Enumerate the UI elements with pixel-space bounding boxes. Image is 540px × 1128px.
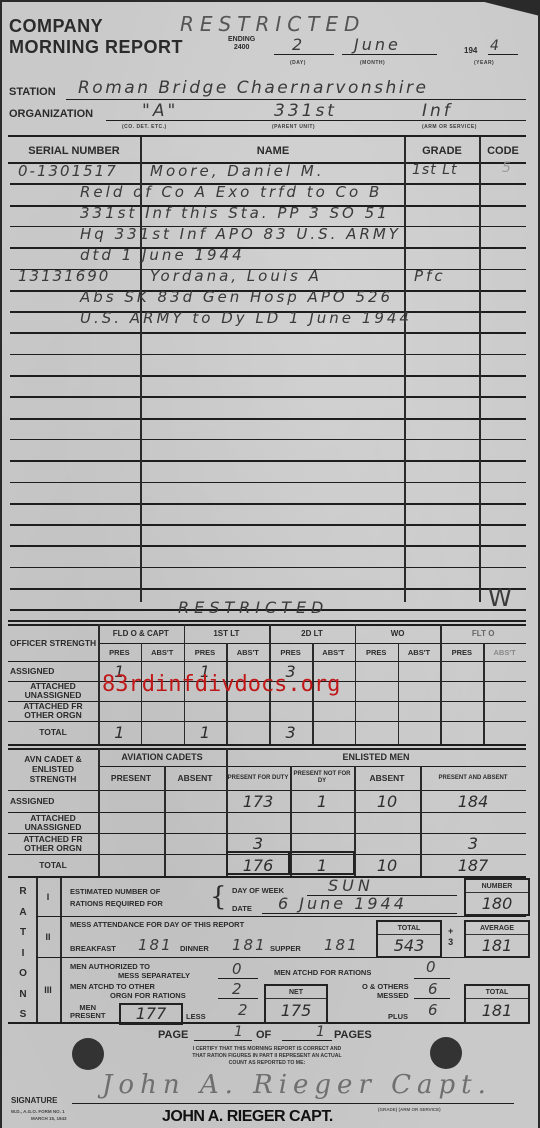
part-1-roman: I bbox=[36, 878, 60, 916]
rations-roman-divider bbox=[60, 878, 62, 1022]
men-atchd-other-line2: ORGN FOR RATIONS bbox=[70, 991, 186, 1000]
roster-rule bbox=[10, 439, 526, 441]
men-authorized-line2: MESS SEPARATELY bbox=[70, 971, 190, 980]
roster-rule bbox=[10, 524, 526, 526]
enlisted-col-header: PRESENT bbox=[98, 766, 164, 790]
enlisted-grid-divider bbox=[164, 766, 166, 876]
enlisted-cell: 3 bbox=[420, 833, 526, 854]
enlisted-cell bbox=[164, 833, 226, 854]
less-label: LESS bbox=[186, 1012, 206, 1021]
officer-cell bbox=[355, 721, 398, 743]
enlisted-cell bbox=[164, 812, 226, 833]
enlisted-cell bbox=[354, 812, 420, 833]
officer-cell bbox=[226, 701, 269, 721]
men-atchd-for-rations-value: 0 bbox=[426, 958, 439, 976]
form-number: W.D., A.G.O. FORM NO. 1 MARCH 15, 1943 bbox=[11, 1108, 67, 1122]
total-present-duty-box bbox=[226, 851, 290, 875]
entry-1-code: 5 bbox=[502, 160, 514, 176]
certify-line1: I CERTIFY THAT THIS MORNING REPORT IS CO… bbox=[142, 1046, 392, 1053]
average-box: AVERAGE 181 bbox=[464, 920, 530, 958]
day-of-week-value: SUN bbox=[328, 876, 374, 895]
entry-2-name: Yordana, Louis A bbox=[150, 267, 322, 285]
station-line bbox=[66, 99, 526, 100]
atchd-other-line bbox=[218, 998, 258, 999]
date-label: DATE bbox=[232, 904, 252, 913]
rations-total-box: TOTAL 181 bbox=[464, 984, 530, 1024]
day-caption: (DAY) bbox=[290, 60, 306, 66]
parent-unit-value: 331st bbox=[274, 101, 337, 121]
side-letter: S bbox=[16, 1005, 30, 1026]
roster-rule bbox=[10, 460, 526, 462]
officer-grid-rule bbox=[8, 701, 526, 702]
enlisted-grid-divider bbox=[420, 766, 422, 876]
binder-hole-left bbox=[72, 1038, 104, 1070]
officer-subcol-header: PRES bbox=[98, 643, 141, 661]
number-box: NUMBER 180 bbox=[464, 878, 530, 916]
officer-cell: 1 bbox=[184, 721, 227, 743]
entry-1-grade: 1st Lt bbox=[412, 162, 457, 178]
men-atchd-other-label: MEN ATCHD TO OTHER ORGN FOR RATIONS bbox=[70, 982, 186, 1000]
men-authorized-label: MEN AUTHORIZED TO MESS SEPARATELY bbox=[70, 962, 190, 980]
men-present-box: 177 bbox=[119, 1003, 183, 1025]
officer-cell bbox=[398, 681, 441, 701]
men-present-label: MEN PRESENT bbox=[70, 1004, 105, 1020]
officer-cell bbox=[398, 701, 441, 721]
men-atchd-other-line1: MEN ATCHD TO OTHER bbox=[70, 982, 186, 991]
roster-bottom-rule bbox=[8, 620, 526, 622]
enlisted-cell: 173 bbox=[226, 790, 290, 812]
auth-line bbox=[218, 978, 258, 979]
officer-cell bbox=[355, 661, 398, 681]
part-3-roman: III bbox=[36, 958, 60, 1022]
officer-cell bbox=[184, 701, 227, 721]
officer-cell bbox=[440, 721, 483, 743]
officer-cell bbox=[226, 721, 269, 743]
entry-1-serial: 0-1301517 bbox=[18, 162, 118, 180]
officer-cell bbox=[141, 721, 184, 743]
ending-time: 2400 bbox=[228, 44, 255, 52]
report-month: June bbox=[354, 35, 401, 54]
officer-cell bbox=[440, 661, 483, 681]
certify-line3: COUNT AS REPORTED TO ME: bbox=[142, 1060, 392, 1067]
station-value: Roman Bridge Chaernarvonshire bbox=[78, 78, 428, 98]
net-value: 175 bbox=[266, 998, 326, 1022]
day-of-week-label: DAY OF WEEK bbox=[232, 886, 284, 895]
month-line bbox=[342, 54, 437, 55]
officer-cell bbox=[269, 701, 312, 721]
morning-report-document: COMPANY MORNING REPORT RESTRICTED ENDING… bbox=[2, 2, 538, 1128]
side-letter: T bbox=[16, 923, 30, 944]
enlisted-col-header: ABSENT bbox=[164, 766, 226, 790]
officer-subcol-header: ABS'T bbox=[483, 643, 526, 661]
year-prefix: 194 bbox=[464, 46, 477, 55]
enlisted-men-header: ENLISTED MEN bbox=[226, 748, 526, 766]
officer-row-label: TOTAL bbox=[10, 721, 96, 743]
officer-cell bbox=[483, 661, 526, 681]
arm-value: Inf bbox=[422, 101, 453, 121]
officer-cell bbox=[312, 701, 355, 721]
enlisted-cell bbox=[164, 790, 226, 812]
form-number-text: W.D., A.G.O. FORM NO. 1 bbox=[11, 1108, 67, 1115]
part-1-label: ESTIMATED NUMBER OF RATIONS REQUIRED FOR bbox=[70, 886, 163, 910]
men-present-value: 177 bbox=[121, 1003, 181, 1023]
roster-rule bbox=[10, 375, 526, 377]
entry-1-name: Moore, Daniel M. bbox=[150, 162, 325, 180]
officer-subcol-header: PRES bbox=[355, 643, 398, 661]
officer-cell bbox=[312, 721, 355, 743]
officer-grid-rule bbox=[8, 744, 526, 746]
form-date: MARCH 15, 1943 bbox=[11, 1115, 67, 1122]
arm-caption: (ARM OR SERVICE) bbox=[422, 124, 477, 130]
number-value: 180 bbox=[466, 892, 528, 914]
rations-total-value: 181 bbox=[466, 998, 528, 1022]
others-line bbox=[414, 998, 450, 999]
less-value: 2 bbox=[238, 1001, 251, 1019]
station-label: STATION bbox=[9, 86, 56, 98]
side-letter: R bbox=[16, 882, 30, 903]
enlisted-strength-title: AVN CADET & ENLISTED STRENGTH bbox=[8, 750, 98, 788]
officer-grid-divider bbox=[483, 643, 485, 744]
report-day: 2 bbox=[292, 35, 305, 54]
roster-rule bbox=[10, 545, 526, 547]
officer-grid-divider bbox=[440, 624, 442, 744]
officer-cell bbox=[440, 681, 483, 701]
roster-rule bbox=[10, 354, 526, 356]
others-messed-line1: O & OTHERS bbox=[362, 982, 409, 991]
col-header-name: NAME bbox=[142, 140, 404, 162]
entry-1-remark-4: dtd 1 June 1944 bbox=[80, 246, 245, 264]
certification-text: I CERTIFY THAT THIS MORNING REPORT IS CO… bbox=[142, 1046, 392, 1067]
report-year-suffix: 4 bbox=[490, 38, 502, 54]
year-line bbox=[488, 54, 518, 55]
company-value: "A" bbox=[142, 101, 178, 121]
officer-cell bbox=[98, 701, 141, 721]
dinner-value: 181 bbox=[232, 936, 267, 954]
officer-grid-divider bbox=[355, 624, 357, 744]
enlisted-cell: 187 bbox=[420, 854, 526, 876]
plus-label: PLUS bbox=[388, 1012, 408, 1021]
roster-rule bbox=[10, 503, 526, 505]
dinner-label: DINNER bbox=[180, 944, 209, 953]
divide-sign: + bbox=[448, 926, 453, 937]
roster-divider-grade-code bbox=[479, 137, 481, 602]
enlisted-grid-rule bbox=[98, 766, 526, 767]
officer-grid-divider bbox=[398, 643, 400, 744]
plus-value: 6 bbox=[428, 1001, 441, 1019]
roster-rule bbox=[10, 567, 526, 569]
officer-group-header: 2D LT bbox=[269, 624, 355, 643]
entry-1-remark-1: Reld of Co A Exo trfd to Co B bbox=[80, 183, 382, 201]
enlisted-cell bbox=[98, 790, 164, 812]
roster-rule bbox=[10, 482, 526, 484]
enlisted-row-label: ATTACHED FR OTHER ORGN bbox=[10, 833, 96, 854]
enlisted-cell bbox=[98, 854, 164, 876]
enlisted-cell: 1 bbox=[290, 790, 354, 812]
officer-cell bbox=[141, 701, 184, 721]
officer-group-header: FLT O bbox=[440, 624, 526, 643]
classification-stamp-bottom: RESTRICTED bbox=[178, 598, 328, 617]
atchd-for-line bbox=[414, 978, 450, 979]
officer-subcol-header: PRES bbox=[440, 643, 483, 661]
officer-cell bbox=[398, 721, 441, 743]
enlisted-col-header: PRESENT FOR DUTY bbox=[226, 766, 290, 790]
enlisted-grid-rule bbox=[8, 812, 526, 813]
others-messed-line2: MESSED bbox=[362, 991, 409, 1000]
entry-2-remark-1: Abs SK 83d Gen Hosp APO 526 bbox=[80, 288, 393, 306]
pages-line bbox=[282, 1040, 332, 1041]
officer-cell: 1 bbox=[98, 721, 141, 743]
average-value: 181 bbox=[466, 934, 528, 956]
roster-rule bbox=[10, 588, 526, 590]
year-caption: (YEAR) bbox=[474, 60, 494, 66]
ending-label-text: ENDING bbox=[228, 36, 255, 44]
enlisted-cell bbox=[354, 833, 420, 854]
enlisted-col-header: PRESENT NOT FOR DY bbox=[290, 766, 354, 790]
signature-label: SIGNATURE bbox=[11, 1096, 58, 1105]
officer-subcol-header: PRES bbox=[184, 643, 227, 661]
binder-hole-right bbox=[430, 1037, 462, 1069]
parent-caption: (PARENT UNIT) bbox=[272, 124, 315, 130]
officer-cell bbox=[483, 681, 526, 701]
rations-side-label: R A T I O N S bbox=[16, 882, 30, 1026]
officer-row-label: ASSIGNED bbox=[10, 661, 96, 681]
roster-top-rule bbox=[8, 135, 526, 137]
enlisted-grid-rule bbox=[8, 833, 526, 834]
mess-attendance-title: MESS ATTENDANCE FOR DAY OF THIS REPORT bbox=[70, 920, 244, 929]
entry-2-remark-2: U.S. ARMY to Dy LD 1 June 1944 bbox=[80, 309, 412, 327]
side-letter: N bbox=[16, 985, 30, 1006]
mess-total-value: 543 bbox=[378, 934, 440, 956]
watermark: 83rdinfdivdocs.org bbox=[102, 672, 340, 697]
officer-subcol-header: ABS'T bbox=[312, 643, 355, 661]
enlisted-cell bbox=[98, 812, 164, 833]
officer-cell bbox=[398, 661, 441, 681]
enlisted-row-label: ATTACHED UNASSIGNED bbox=[10, 812, 96, 833]
part-1-label-line1: ESTIMATED NUMBER OF bbox=[70, 886, 163, 898]
margin-mark: W bbox=[488, 584, 515, 612]
part-1-label-line2: RATIONS REQUIRED FOR bbox=[70, 898, 163, 910]
supper-value: 181 bbox=[324, 936, 359, 954]
signature-line bbox=[72, 1103, 514, 1104]
pages-value: 1 bbox=[316, 1024, 328, 1040]
men-authorized-value: 0 bbox=[232, 960, 245, 978]
enlisted-cell bbox=[420, 812, 526, 833]
handwritten-signature: John A. Rieger Capt. bbox=[102, 1070, 492, 1100]
entry-1-remark-2: 331st Inf this Sta. PP 3 SO 51 bbox=[80, 204, 390, 222]
officer-cell bbox=[355, 681, 398, 701]
officer-subcol-header: ABS'T bbox=[398, 643, 441, 661]
officer-grid-divider bbox=[98, 624, 100, 744]
men-atchd-other-value: 2 bbox=[232, 980, 245, 998]
pages-label: PAGES bbox=[334, 1029, 372, 1041]
breakfast-value: 181 bbox=[138, 936, 173, 954]
officer-cell: 3 bbox=[269, 721, 312, 743]
men-present-line2: PRESENT bbox=[70, 1012, 105, 1020]
men-atchd-for-rations-label: MEN ATCHD FOR RATIONS bbox=[274, 968, 371, 977]
side-letter: O bbox=[16, 964, 30, 985]
divisor: 3 bbox=[448, 937, 453, 948]
enlisted-cell bbox=[226, 812, 290, 833]
rations-part1-rule bbox=[36, 916, 526, 917]
company-caption: (CO. DET. ETC.) bbox=[122, 124, 167, 130]
rations-part2-rule bbox=[36, 957, 526, 958]
classification-stamp-top: RESTRICTED bbox=[180, 12, 365, 36]
men-authorized-line1: MEN AUTHORIZED TO bbox=[70, 962, 190, 971]
mess-total-box: TOTAL 543 bbox=[376, 920, 442, 958]
side-letter: I bbox=[16, 944, 30, 965]
month-caption: (MONTH) bbox=[360, 60, 385, 66]
supper-label: SUPPER bbox=[270, 944, 301, 953]
part-2-roman: II bbox=[36, 917, 60, 957]
officer-grid-rule bbox=[8, 661, 526, 662]
entry-1-remark-3: Hq 331st Inf APO 83 U.S. ARMY bbox=[80, 225, 401, 243]
enlisted-cell bbox=[290, 812, 354, 833]
roster-divider-name-grade bbox=[404, 137, 406, 602]
breakfast-label: BREAKFAST bbox=[70, 944, 116, 953]
enlisted-grid-rule bbox=[8, 748, 526, 750]
enlisted-col-header: ABSENT bbox=[354, 766, 420, 790]
officer-cell bbox=[440, 701, 483, 721]
enlisted-cell: 10 bbox=[354, 790, 420, 812]
roster-rule bbox=[10, 418, 526, 420]
day-line bbox=[274, 54, 334, 55]
officer-strength-title: OFFICER STRENGTH bbox=[8, 624, 98, 661]
page-line bbox=[194, 1040, 252, 1041]
of-label: OF bbox=[256, 1029, 271, 1041]
roster-rule bbox=[10, 396, 526, 398]
officer-subcol-header: PRES bbox=[269, 643, 312, 661]
enlisted-cell bbox=[164, 854, 226, 876]
enlisted-cell: 184 bbox=[420, 790, 526, 812]
officer-cell bbox=[483, 721, 526, 743]
officer-subcol-header: ABS'T bbox=[141, 643, 184, 661]
net-box: NET 175 bbox=[264, 984, 328, 1024]
officer-row-label: ATTACHED FR OTHER ORGN bbox=[10, 701, 96, 721]
divide-by-three: + 3 bbox=[448, 926, 453, 948]
officer-row-label: ATTACHED UNASSIGNED bbox=[10, 681, 96, 701]
roster-rule bbox=[10, 332, 526, 334]
form-title-line2: MORNING REPORT bbox=[9, 37, 183, 58]
others-messed-label: O & OTHERS MESSED bbox=[362, 982, 409, 1000]
officer-cell bbox=[355, 701, 398, 721]
entry-2-serial: 13131690 bbox=[18, 267, 110, 285]
officer-grid-rule bbox=[8, 624, 526, 626]
others-messed-value: 6 bbox=[428, 980, 441, 998]
date-value: 6 June 1944 bbox=[278, 894, 407, 913]
officer-subcol-header: ABS'T bbox=[226, 643, 269, 661]
page-value: 1 bbox=[234, 1024, 246, 1040]
organization-label: ORGANIZATION bbox=[9, 108, 93, 120]
date-line bbox=[262, 913, 457, 914]
enlisted-cell bbox=[98, 833, 164, 854]
aviation-cadets-header: AVIATION CADETS bbox=[98, 748, 226, 766]
entry-2-grade: Pfc bbox=[414, 267, 446, 285]
col-header-serial: SERIAL NUMBER bbox=[8, 140, 140, 162]
form-title-line1: COMPANY bbox=[9, 16, 103, 37]
certify-line2: THAT RATION FIGURES IN PART II REPRESENT… bbox=[142, 1053, 392, 1060]
side-letter: A bbox=[16, 903, 30, 924]
enlisted-row-label: ASSIGNED bbox=[10, 790, 96, 812]
col-header-code: CODE bbox=[480, 140, 526, 162]
enlisted-cell: 10 bbox=[354, 854, 420, 876]
enlisted-grid-rule bbox=[8, 790, 526, 791]
ending-label: ENDING 2400 bbox=[228, 36, 255, 52]
enlisted-row-label: TOTAL bbox=[10, 854, 96, 876]
officer-group-header: 1ST LT bbox=[184, 624, 270, 643]
officer-group-header: WO bbox=[355, 624, 441, 643]
page-label: PAGE bbox=[158, 1029, 188, 1041]
col-header-grade: GRADE bbox=[406, 140, 478, 162]
officer-grid-rule bbox=[8, 721, 526, 722]
brace-icon: { bbox=[210, 882, 227, 912]
officer-cell bbox=[483, 701, 526, 721]
total-present-not-duty-box bbox=[289, 851, 355, 875]
enlisted-col-header: PRESENT AND ABSENT bbox=[420, 766, 526, 790]
rations-top-rule bbox=[8, 876, 526, 878]
officer-group-header: FLD O & CAPT bbox=[98, 624, 184, 643]
name-stamp: JOHN A. RIEGER CAPT. bbox=[162, 1108, 333, 1126]
enlisted-grid-divider bbox=[98, 748, 100, 876]
grade-caption: (GRADE) (ARM OR SERVICE) bbox=[378, 1107, 441, 1112]
